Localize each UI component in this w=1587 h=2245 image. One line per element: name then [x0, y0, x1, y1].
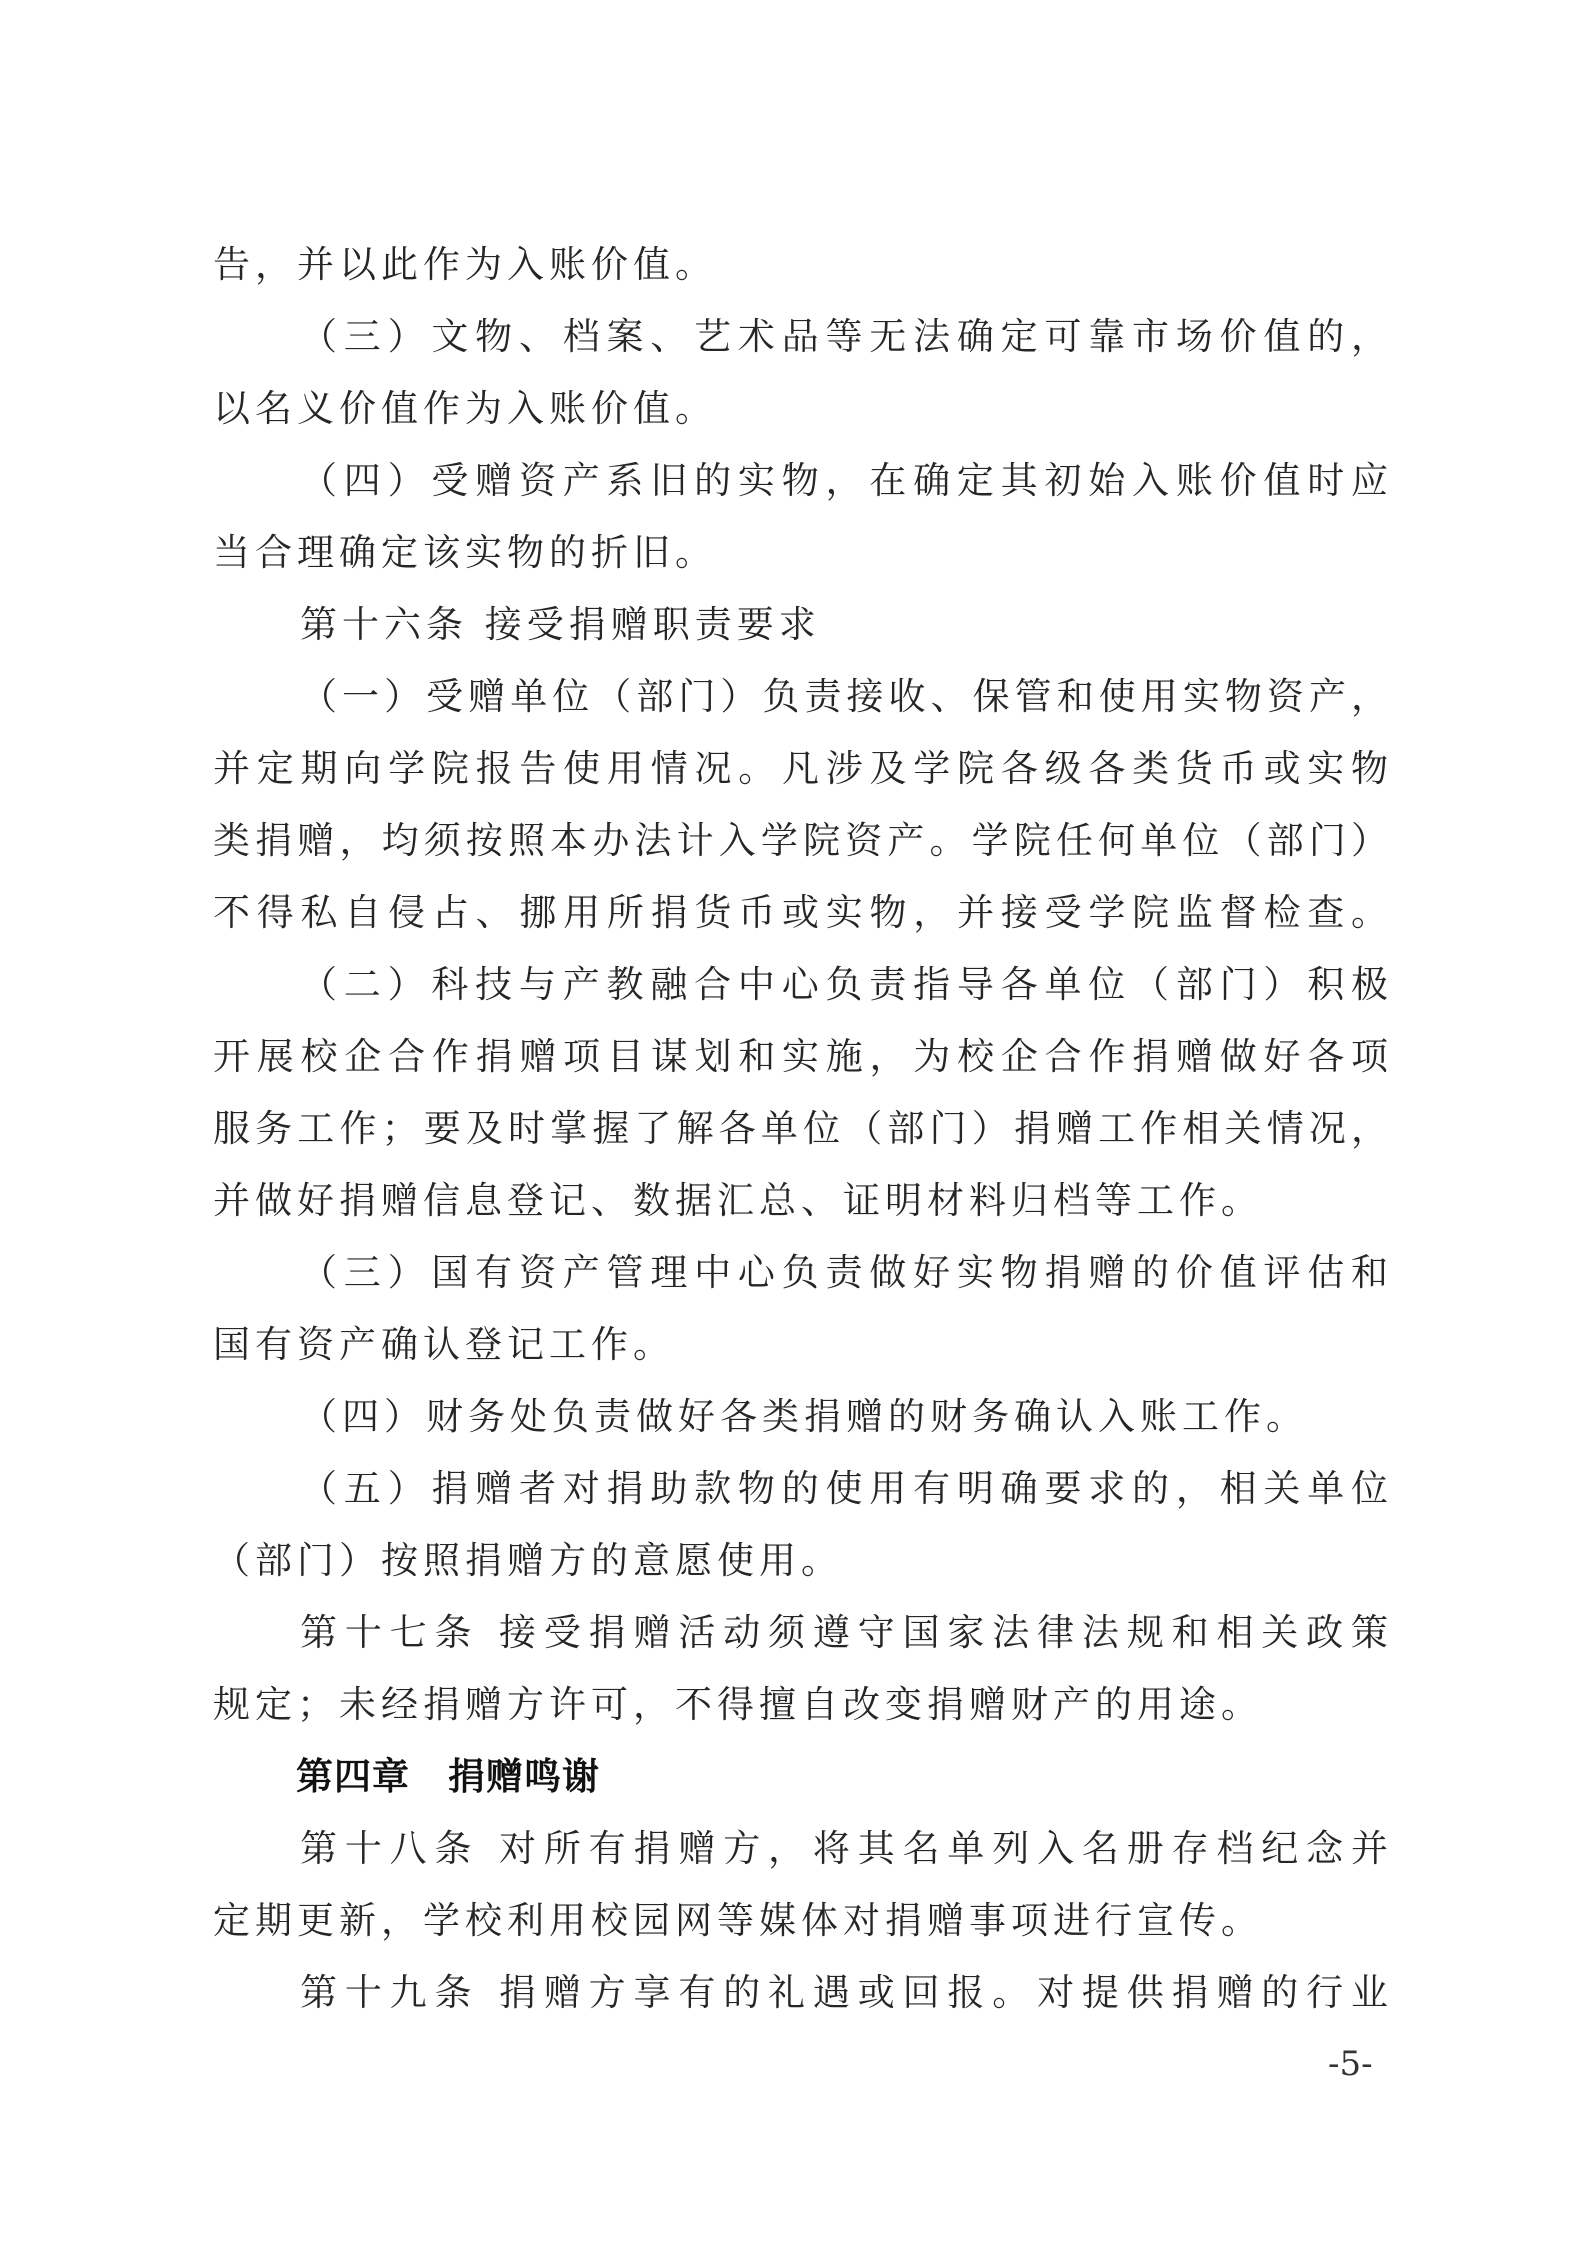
text-line: （五）捐赠者对捐助款物的使用有明确要求的，相关单位: [300, 1464, 1393, 1514]
text-line: 国有资产确认登记工作。: [213, 1320, 1393, 1370]
text-line: 规定；未经捐赠方许可，不得擅自改变捐赠财产的用途。: [213, 1680, 1393, 1730]
text-line: （四）财务处负责做好各类捐赠的财务确认入账工作。: [300, 1392, 1393, 1442]
text-line: （四）受赠资产系旧的实物，在确定其初始入账价值时应: [300, 456, 1393, 506]
text-line: （三）国有资产管理中心负责做好实物捐赠的价值评估和: [300, 1248, 1393, 1298]
text-line: 并定期向学院报告使用情况。凡涉及学院各级各类货币或实物: [213, 744, 1393, 794]
article-heading: 第十九条 捐赠方享有的礼遇或回报。对提供捐赠的行业: [300, 1968, 1393, 2018]
text-line: （三）文物、档案、艺术品等无法确定可靠市场价值的，: [300, 312, 1393, 362]
article-heading: 第十八条 对所有捐赠方，将其名单列入名册存档纪念并: [300, 1824, 1393, 1874]
text-line: （部门）按照捐赠方的意愿使用。: [213, 1536, 1393, 1586]
article-heading: 第十六条 接受捐赠职责要求: [300, 600, 1393, 650]
text-line: 类捐赠，均须按照本办法计入学院资产。学院任何单位（部门）: [213, 816, 1393, 866]
text-line: 告，并以此作为入账价值。: [213, 240, 1393, 290]
text-line: 并做好捐赠信息登记、数据汇总、证明材料归档等工作。: [213, 1176, 1393, 1226]
text-line: 以名义价值作为入账价值。: [213, 384, 1393, 434]
text-line: （二）科技与产教融合中心负责指导各单位（部门）积极: [300, 960, 1393, 1010]
text-line: 不得私自侵占、挪用所捐货币或实物，并接受学院监督检查。: [213, 888, 1393, 938]
document-page: 告，并以此作为入账价值。 （三）文物、档案、艺术品等无法确定可靠市场价值的， 以…: [0, 0, 1587, 2245]
page-number: -5-: [1328, 2044, 1373, 2084]
text-line: 开展校企合作捐赠项目谋划和实施，为校企合作捐赠做好各项: [213, 1032, 1393, 1082]
text-line: 定期更新，学校利用校园网等媒体对捐赠事项进行宣传。: [213, 1896, 1393, 1946]
text-line: 服务工作；要及时掌握了解各单位（部门）捐赠工作相关情况，: [213, 1104, 1393, 1154]
text-line: 当合理确定该实物的折旧。: [213, 528, 1393, 578]
chapter-heading: 第四章 捐赠鸣谢: [296, 1752, 1476, 1802]
article-heading: 第十七条 接受捐赠活动须遵守国家法律法规和相关政策: [300, 1608, 1393, 1658]
text-line: （一）受赠单位（部门）负责接收、保管和使用实物资产，: [300, 672, 1393, 722]
